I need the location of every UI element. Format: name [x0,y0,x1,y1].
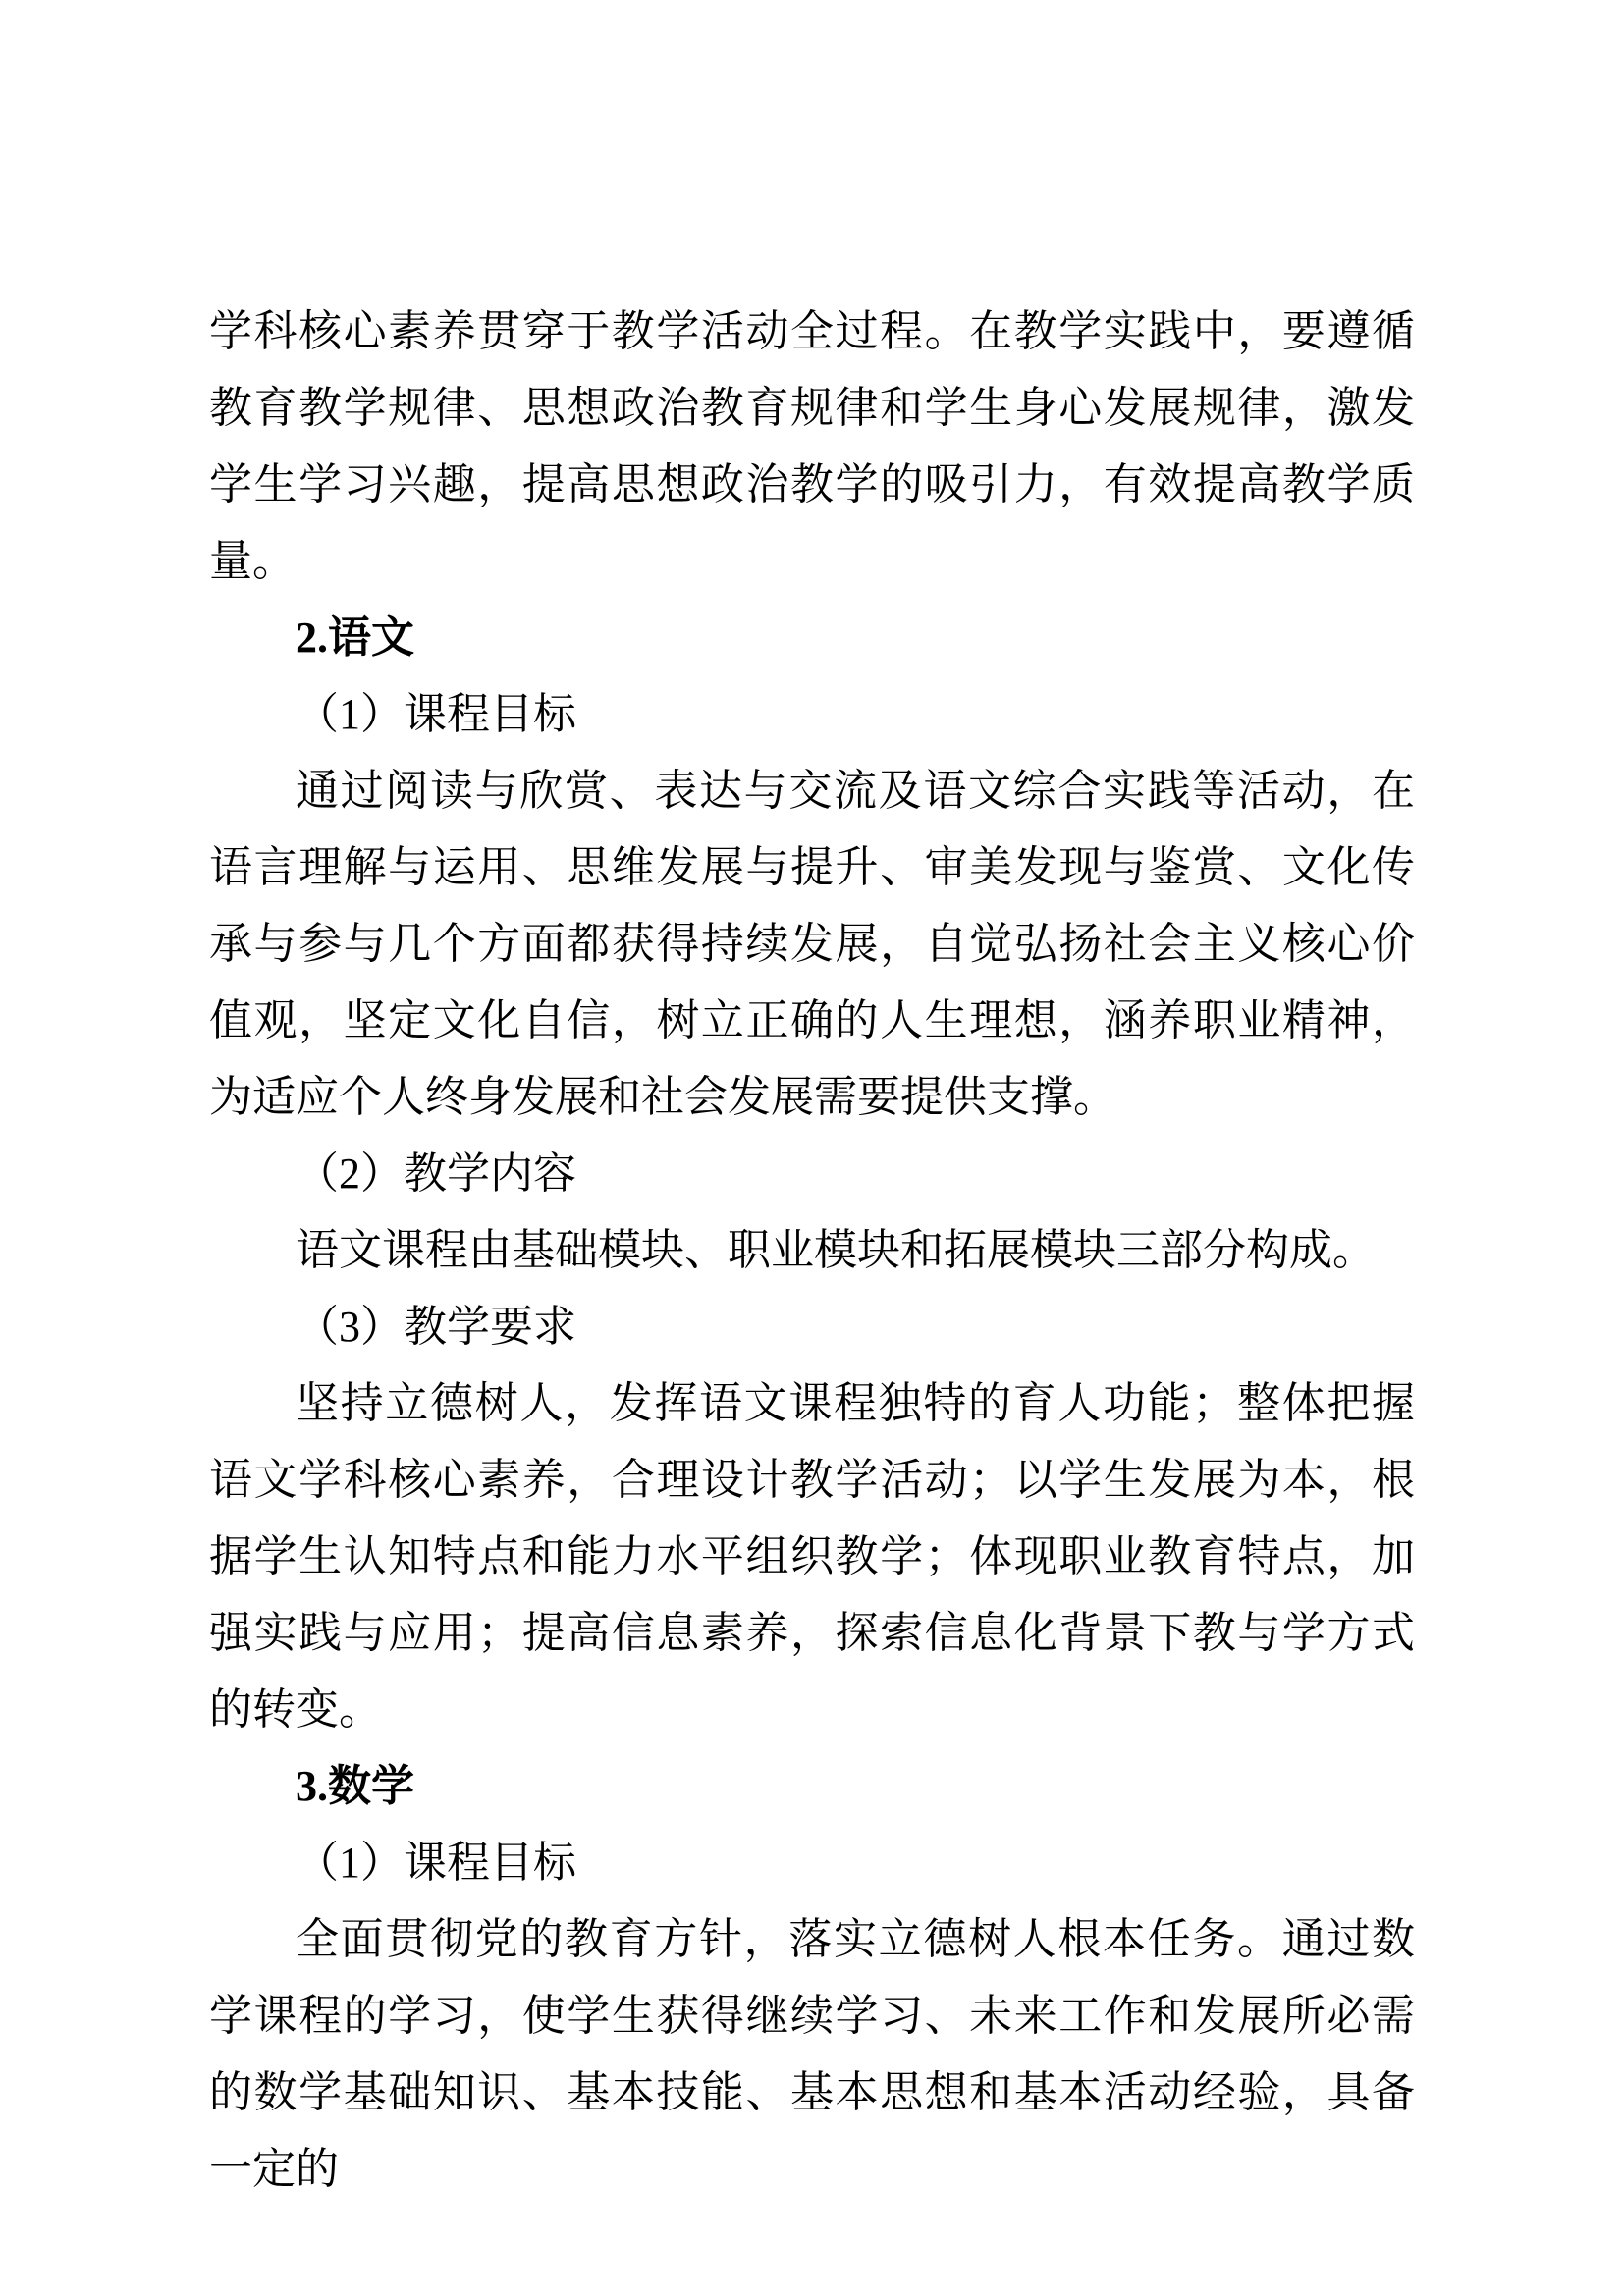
paragraph: 全面贯彻党的教育方针，落实立德树人根本任务。通过数学课程的学习，使学生获得继续学… [209,1901,1415,2208]
section-heading: 2.语文 [209,600,1415,676]
subsection-heading: （3）教学要求 [209,1289,1415,1365]
paragraph-continuation: 学科核心素养贯穿于教学活动全过程。在教学实践中，要遵循教育教学规律、思想政治教育… [209,294,1415,600]
paragraph: 通过阅读与欣赏、表达与交流及语文综合实践等活动，在语言理解与运用、思维发展与提升… [209,753,1415,1136]
subsection-heading: （2）教学内容 [209,1136,1415,1212]
subsection-heading: （1）课程目标 [209,1825,1415,1901]
page-content: 学科核心素养贯穿于教学活动全过程。在教学实践中，要遵循教育教学规律、思想政治教育… [209,294,1415,2208]
section-heading: 3.数学 [209,1748,1415,1825]
paragraph: 坚持立德树人，发挥语文课程独特的育人功能；整体把握语文学科核心素养，合理设计教学… [209,1365,1415,1748]
subsection-heading: （1）课程目标 [209,676,1415,753]
document-page: 学科核心素养贯穿于教学活动全过程。在教学实践中，要遵循教育教学规律、思想政治教育… [0,0,1624,2296]
paragraph: 语文课程由基础模块、职业模块和拓展模块三部分构成。 [209,1212,1415,1289]
